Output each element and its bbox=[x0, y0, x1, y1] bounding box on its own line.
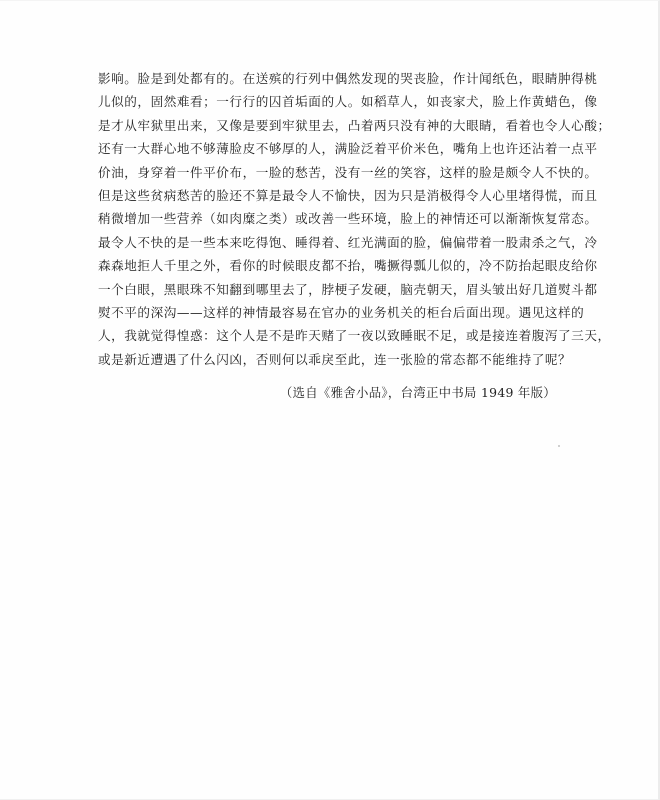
document-page: 影响。脸是到处都有的。在送殡的行列中偶然发现的哭丧脸，作计闻纸色，眼睛肿得桃 儿… bbox=[0, 0, 660, 800]
text-line: 还有一大群心地不够薄脸皮不够厚的人，满脸泛着平价米色，嘴角上也许还沾着一点平 bbox=[98, 137, 560, 160]
text-line: 一个白眼，黑眼珠不知翻到哪里去了，脖梗子发硬，脑壳朝天，眉头皱出好几道熨斗都 bbox=[98, 278, 560, 301]
text-line: 人，我就觉得惶惑：这个人是不是昨天赌了一夜以致睡眠不足，或是接连着腹泻了三天， bbox=[98, 324, 560, 347]
essay-body: 影响。脸是到处都有的。在送殡的行列中偶然发现的哭丧脸，作计闻纸色，眼睛肿得桃 儿… bbox=[98, 67, 560, 371]
text-line: 影响。脸是到处都有的。在送殡的行列中偶然发现的哭丧脸，作计闻纸色，眼睛肿得桃 bbox=[98, 67, 560, 90]
text-line: 熨不平的深沟——这样的神情最容易在官办的业务机关的柜台后面出现。遇见这样的 bbox=[98, 301, 560, 324]
text-line: 儿似的，固然难看；一行行的囚首垢面的人。如稻草人，如丧家犬，脸上作黄蜡色，像 bbox=[98, 90, 560, 113]
scan-speck bbox=[558, 445, 560, 447]
text-line: 森森地拒人千里之外，看你的时候眼皮都不抬，嘴撅得瓢儿似的，冷不防抬起眼皮给你 bbox=[98, 254, 560, 277]
source-citation: （选自《雅舍小品》，台湾正中书局 1949 年版） bbox=[0, 381, 556, 405]
text-line: 价油，身穿着一件平价布，一脸的愁苦，没有一丝的笑容，这样的脸是颇令人不快的。 bbox=[98, 161, 560, 184]
text-line: 但是这些贫病愁苦的脸还不算是最令人不愉快，因为只是消极得令人心里堵得慌，而且 bbox=[98, 184, 560, 207]
text-line: 是才从牢狱里出来，又像是要到牢狱里去，凸着两只没有神的大眼睛，看着也令人心酸； bbox=[98, 114, 560, 137]
text-line: 稍微增加一些营养（如肉糜之类）或改善一些环境，脸上的神情还可以渐渐恢复常态。 bbox=[98, 207, 560, 230]
text-line: 最令人不快的是一些本来吃得饱、睡得着、红光满面的脸，偏偏带着一股肃杀之气，冷 bbox=[98, 231, 560, 254]
text-line: 或是新近遭遇了什么闪凶，否则何以乖戾至此，连一张脸的常态都不能维持了呢？ bbox=[98, 348, 560, 371]
